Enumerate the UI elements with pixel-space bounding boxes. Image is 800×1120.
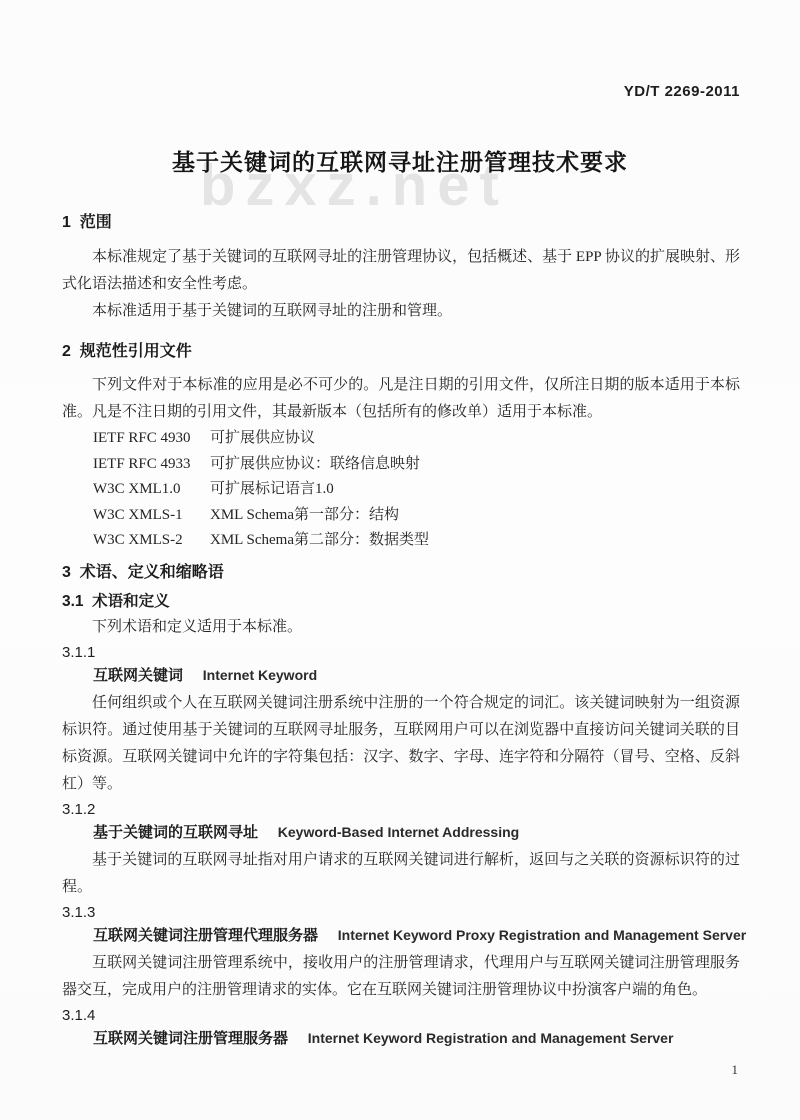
term-definition: 任何组织或个人在互联网关键词注册系统中注册的一个符合规定的词汇。该关键词映射为一… [62,690,740,798]
term-chinese: 基于关键词的互联网寻址 [93,824,258,841]
term-number: 3.1.3 [62,901,740,924]
reference-title: 可扩展供应协议：联络信息映射 [210,452,740,478]
term-definition: 基于关键词的互联网寻址指对用户请求的互联网关键词进行解析，返回与之关联的资源标识… [62,847,740,901]
term-definition: 互联网关键词注册管理系统中，接收用户的注册管理请求，代理用户与互联网关键词注册管… [62,950,740,1004]
reference-code: W3C XMLS-1 [93,503,210,529]
term-english: Internet Keyword [203,667,317,683]
section-2-paragraph-1: 下列文件对于本标准的应用是必不可少的。凡是注日期的引用文件，仅所注日期的版本适用… [62,372,740,426]
term-line: 互联网关键词 Internet Keyword [93,664,740,688]
term-line: 互联网关键词注册管理代理服务器 Internet Keyword Proxy R… [93,924,740,948]
term-number: 3.1.1 [62,641,740,664]
section-1-paragraph-2: 本标准适用于基于关键词的互联网寻址的注册和管理。 [62,298,740,325]
section-3-heading: 3 术语、定义和缩略语 [62,562,740,584]
reference-title: XML Schema第二部分：数据类型 [210,528,740,554]
reference-title: XML Schema第一部分：结构 [210,503,740,529]
section-2-heading: 2 规范性引用文件 [62,341,740,363]
term-english: Keyword-Based Internet Addressing [278,824,519,840]
term-number: 3.1.4 [62,1004,740,1027]
page-number: 1 [732,1062,739,1078]
doc-code: YD/T 2269-2011 [624,83,740,100]
section-1-paragraph-1: 本标准规定了基于关键词的互联网寻址的注册管理协议，包括概述、基于 EPP 协议的… [62,244,740,298]
term-chinese: 互联网关键词注册管理代理服务器 [93,927,318,944]
reference-row: W3C XMLS-2 XML Schema第二部分：数据类型 [93,528,740,554]
section-3-1-intro: 下列术语和定义适用于本标准。 [62,614,740,641]
term-number: 3.1.2 [62,798,740,821]
reference-code: W3C XML1.0 [93,477,210,503]
reference-code: IETF RFC 4930 [93,426,210,452]
reference-code: W3C XMLS-2 [93,528,210,554]
reference-code: IETF RFC 4933 [93,452,210,478]
term-line: 基于关键词的互联网寻址 Keyword-Based Internet Addre… [93,821,740,845]
term-chinese: 互联网关键词 [93,667,183,684]
reference-row: IETF RFC 4933 可扩展供应协议：联络信息映射 [93,452,740,478]
reference-row: W3C XML1.0 可扩展标记语言1.0 [93,477,740,503]
reference-title: 可扩展供应协议 [210,426,740,452]
reference-row: W3C XMLS-1 XML Schema第一部分：结构 [93,503,740,529]
section-1-heading: 1 范围 [62,212,740,234]
term-chinese: 互联网关键词注册管理服务器 [93,1030,288,1047]
reference-list: IETF RFC 4930 可扩展供应协议 IETF RFC 4933 可扩展供… [93,426,740,554]
reference-row: IETF RFC 4930 可扩展供应协议 [93,426,740,452]
reference-title: 可扩展标记语言1.0 [210,477,740,503]
section-3-1-heading: 3.1 术语和定义 [62,592,740,612]
term-line: 互联网关键词注册管理服务器 Internet Keyword Registrat… [93,1027,740,1051]
term-english: Internet Keyword Proxy Registration and … [338,927,746,943]
document-body: 1 范围 本标准规定了基于关键词的互联网寻址的注册管理协议，包括概述、基于 EP… [62,212,740,1051]
term-english: Internet Keyword Registration and Manage… [308,1030,674,1046]
page-title: 基于关键词的互联网寻址注册管理技术要求 [0,144,800,177]
document-page: bzxz.net YD/T 2269-2011 基于关键词的互联网寻址注册管理技… [0,0,800,1120]
